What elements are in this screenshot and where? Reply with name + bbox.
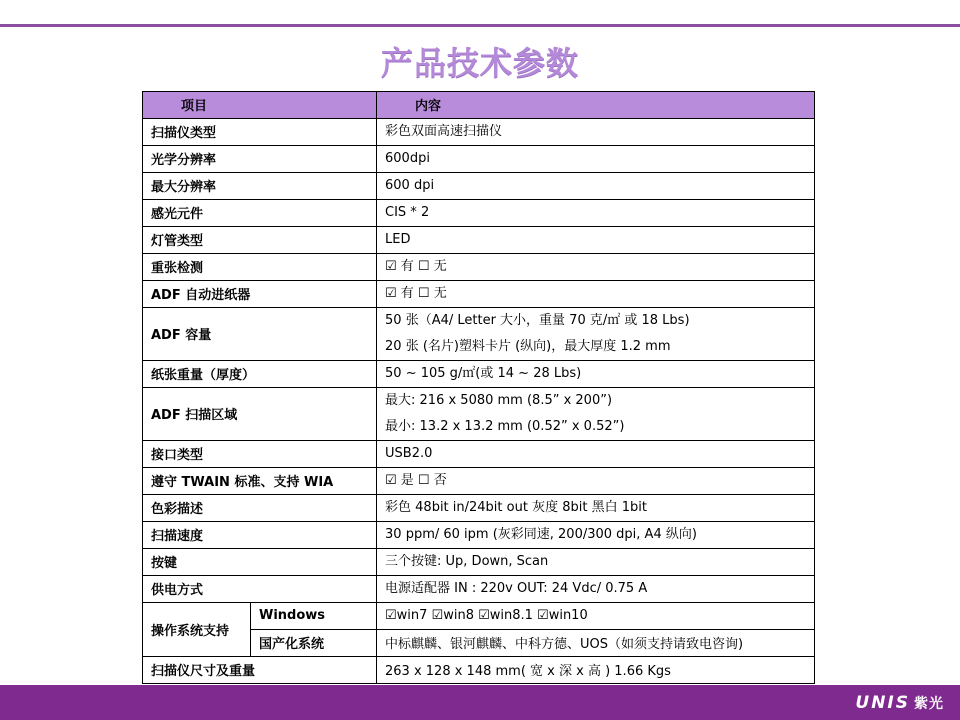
- row-value: USB2.0: [377, 440, 815, 467]
- footer-bar: UNIS紫光: [0, 685, 960, 720]
- value-line: 最大: 216 x 5080 mm (8.5” x 200”): [385, 388, 806, 414]
- table-row: 扫描仪类型彩色双面高速扫描仪: [143, 118, 815, 145]
- row-label: 按键: [143, 548, 377, 575]
- row-value: 最大: 216 x 5080 mm (8.5” x 200”)最小: 13.2 …: [377, 387, 815, 440]
- table-row: 纸张重量（厚度）50 ~ 105 g/㎡(或 14 ~ 28 Lbs): [143, 360, 815, 387]
- row-value: 彩色 48bit in/24bit out 灰度 8bit 黑白 1bit: [377, 494, 815, 521]
- table-row: 光学分辨率600dpi: [143, 145, 815, 172]
- row-value: 彩色双面高速扫描仪: [377, 118, 815, 145]
- row-value: 电源适配器 IN : 220v OUT: 24 Vdc/ 0.75 A: [377, 575, 815, 602]
- row-label: 最大分辨率: [143, 172, 377, 199]
- row-value: 263 x 128 x 148 mm( 宽 x 深 x 高 ) 1.66 Kgs: [377, 656, 815, 683]
- row-value: CIS * 2: [377, 199, 815, 226]
- row-value: 三个按键: Up, Down, Scan: [377, 548, 815, 575]
- header-item: 项目: [143, 92, 377, 119]
- row-value: 50 张（A4/ Letter 大小，重量 70 克/㎡ 或 18 Lbs)20…: [377, 307, 815, 360]
- row-label: 遵守 TWAIN 标准、支持 WIA: [143, 467, 377, 494]
- os-label: 操作系统支持: [143, 602, 251, 656]
- spec-table: 项目 内容 扫描仪类型彩色双面高速扫描仪光学分辨率600dpi最大分辨率600 …: [142, 91, 815, 684]
- row-value: 30 ppm/ 60 ipm (灰彩同速, 200/300 dpi, A4 纵向…: [377, 521, 815, 548]
- table-row: 按键三个按键: Up, Down, Scan: [143, 548, 815, 575]
- table-header-row: 项目 内容: [143, 92, 815, 119]
- row-label: 重张检测: [143, 253, 377, 280]
- row-value: 600dpi: [377, 145, 815, 172]
- value-line: 彩色双面高速扫描仪: [385, 119, 806, 145]
- value-line: ☑ 有 ☐ 无: [385, 281, 806, 307]
- table-row: 感光元件CIS * 2: [143, 199, 815, 226]
- row-label: 纸张重量（厚度）: [143, 360, 377, 387]
- os-value: 中标麒麟、银河麒麟、中科方德、UOS（如须支持请致电咨询): [377, 629, 815, 656]
- os-sub-label: 国产化系统: [251, 629, 377, 656]
- table-row: 色彩描述彩色 48bit in/24bit out 灰度 8bit 黑白 1bi…: [143, 494, 815, 521]
- table-row: 扫描速度30 ppm/ 60 ipm (灰彩同速, 200/300 dpi, A…: [143, 521, 815, 548]
- row-label: ADF 自动进纸器: [143, 280, 377, 307]
- header-content: 内容: [377, 92, 815, 119]
- row-label: 扫描仪尺寸及重量: [143, 656, 377, 683]
- value-line: 20 张 (名片)塑料卡片 (纵向)，最大厚度 1.2 mm: [385, 334, 806, 360]
- table-row: ADF 扫描区域最大: 216 x 5080 mm (8.5” x 200”)最…: [143, 387, 815, 440]
- table-row: ADF 容量50 张（A4/ Letter 大小，重量 70 克/㎡ 或 18 …: [143, 307, 815, 360]
- row-label: 供电方式: [143, 575, 377, 602]
- row-value: ☑ 是 ☐ 否: [377, 467, 815, 494]
- value-line: 600dpi: [385, 146, 806, 172]
- row-value: LED: [377, 226, 815, 253]
- row-label: 灯管类型: [143, 226, 377, 253]
- row-label: 色彩描述: [143, 494, 377, 521]
- row-label: ADF 容量: [143, 307, 377, 360]
- table-row-os: 操作系统支持Windows☑win7 ☑win8 ☑win8.1 ☑win10: [143, 602, 815, 629]
- table-row: 扫描仪尺寸及重量263 x 128 x 148 mm( 宽 x 深 x 高 ) …: [143, 656, 815, 683]
- row-label: 扫描仪类型: [143, 118, 377, 145]
- row-value: 50 ~ 105 g/㎡(或 14 ~ 28 Lbs): [377, 360, 815, 387]
- os-value: ☑win7 ☑win8 ☑win8.1 ☑win10: [377, 602, 815, 629]
- table-row: 灯管类型LED: [143, 226, 815, 253]
- os-sub-label: Windows: [251, 602, 377, 629]
- row-value: ☑ 有 ☐ 无: [377, 280, 815, 307]
- table-row: 最大分辨率600 dpi: [143, 172, 815, 199]
- value-line: 彩色 48bit in/24bit out 灰度 8bit 黑白 1bit: [385, 495, 806, 521]
- row-label: 扫描速度: [143, 521, 377, 548]
- value-line: 电源适配器 IN : 220v OUT: 24 Vdc/ 0.75 A: [385, 576, 806, 602]
- logo-brand: UNIS: [855, 693, 910, 713]
- row-label: 感光元件: [143, 199, 377, 226]
- value-line: ☑ 有 ☐ 无: [385, 254, 806, 280]
- row-label: 接口类型: [143, 440, 377, 467]
- value-line: CIS * 2: [385, 200, 806, 226]
- value-line: 30 ppm/ 60 ipm (灰彩同速, 200/300 dpi, A4 纵向…: [385, 522, 806, 548]
- value-line: 600 dpi: [385, 173, 806, 199]
- row-label: 光学分辨率: [143, 145, 377, 172]
- value-line: ☑ 是 ☐ 否: [385, 468, 806, 494]
- table-row: 遵守 TWAIN 标准、支持 WIA☑ 是 ☐ 否: [143, 467, 815, 494]
- value-line: 三个按键: Up, Down, Scan: [385, 549, 806, 575]
- top-divider: [0, 24, 960, 27]
- unis-logo: UNIS紫光: [855, 693, 944, 713]
- value-line: LED: [385, 227, 806, 253]
- table-row: 重张检测☑ 有 ☐ 无: [143, 253, 815, 280]
- value-line: 50 张（A4/ Letter 大小，重量 70 克/㎡ 或 18 Lbs): [385, 308, 806, 334]
- row-value: ☑ 有 ☐ 无: [377, 253, 815, 280]
- value-line: 50 ~ 105 g/㎡(或 14 ~ 28 Lbs): [385, 361, 806, 387]
- table-row: ADF 自动进纸器☑ 有 ☐ 无: [143, 280, 815, 307]
- page-title: 产品技术参数: [0, 38, 960, 84]
- value-line: 最小: 13.2 x 13.2 mm (0.52” x 0.52”): [385, 414, 806, 440]
- table-row: 接口类型USB2.0: [143, 440, 815, 467]
- row-label: ADF 扫描区域: [143, 387, 377, 440]
- logo-brand-cn: 紫光: [914, 696, 944, 712]
- value-line: USB2.0: [385, 441, 806, 467]
- row-value: 600 dpi: [377, 172, 815, 199]
- table-row: 供电方式电源适配器 IN : 220v OUT: 24 Vdc/ 0.75 A: [143, 575, 815, 602]
